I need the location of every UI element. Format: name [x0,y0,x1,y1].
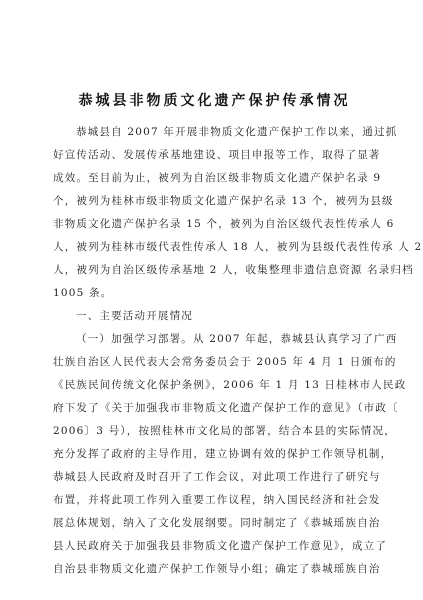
section-heading: 一、主要活动开展情况 [76,309,193,323]
paragraph-line: 个，被列为桂林市级非物质文化遗产保护名录 13 个，被列为县级 [53,194,394,208]
paragraph-line: （一）加强学习部署。从 2007 年起，恭城县认真学习了广西 [76,332,397,346]
paragraph-line: 府下发了《关于加强我市非物质文化遗产保护工作的意见》（市政〔 [53,401,399,415]
document-title: 恭城县非物质文化遗产保护传承情况 [0,90,423,110]
paragraph-line: 壮族自治区人民代表大会常务委员会于 2005 年 4 月 1 日颁布的 [53,355,397,369]
paragraph-line: 充分发挥了政府的主导作用，建立协调有效的保护工作领导机制， [53,447,392,461]
paragraph-line: 1005 条。 [53,286,112,300]
paragraph-line: 《民族民间传统文化保护条例》，2006 年 1 月 13 日桂林市人民政 [53,378,406,392]
document-page: 恭城县非物质文化遗产保护传承情况 恭城县自 2007 年开展非物质文化遗产保护工… [0,0,423,600]
paragraph-line: 人，被列为自治区级传承基地 2 人，收集整理非遗信息资源 名录归档 [53,263,414,277]
paragraph-line: 2006〕3 号），按照桂林市文化局的部署，结合本县的实际情况， [53,424,396,438]
paragraph-line: 好宣传活动、发展传承基地建设、项目申报等工作，取得了显著 [53,148,381,162]
paragraph-line: 布置，并将此项工作列入重要工作议程，纳入国民经济和社会发 [53,493,381,507]
paragraph-line: 恭城县人民政府及时召开了工作会议，对此项工作进行了研究与 [53,470,381,484]
paragraph-line: 恭城县自 2007 年开展非物质文化遗产保护工作以来，通过抓 [76,125,397,139]
paragraph-line: 成效。至目前为止，被列为自治区级非物质文化遗产保护名录 9 [53,171,381,185]
paragraph-line: 人，被列为桂林市级代表性传承人 18 人，被列为县级代表性传承 人 23 [53,240,423,254]
paragraph-line: 县人民政府关于加强我县非物质文化遗产保护工作意见》，成立了 [53,539,387,553]
paragraph-line: 自治县非物质文化遗产保护工作领导小组；确定了恭城瑶族自治 [53,562,381,576]
paragraph-line: 非物质文化遗产保护名录 15 个，被列为自治区级代表性传承人 6 [53,217,394,231]
paragraph-line: 展总体规划，纳入了文化发展纲要。同时制定了《恭城瑶族自治 [53,516,381,530]
